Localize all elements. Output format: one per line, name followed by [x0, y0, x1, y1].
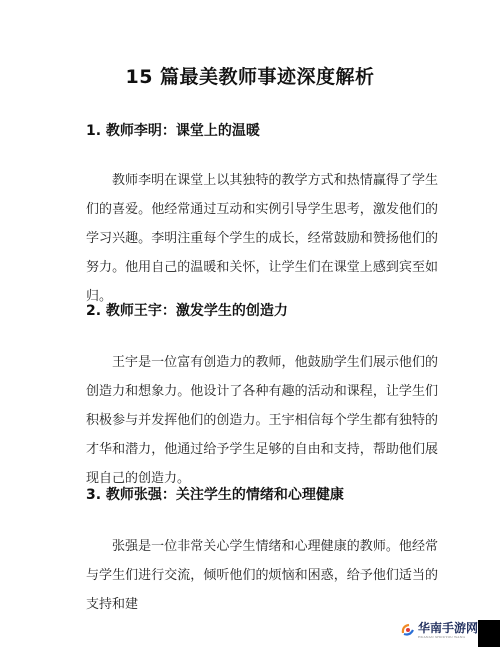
section-body-2: 王宇是一位富有创造力的教师，他鼓励学生们展示他们的创造力和想象力。他设计了各种有…	[86, 348, 438, 493]
watermark-subtext: HUANAN SHOUYOU WANG	[418, 636, 478, 639]
section-body-3: 张强是一位非常关心学生情绪和心理健康的教师。他经常与学生们进行交流，倾听他们的烦…	[86, 532, 438, 619]
section-heading-2: 2. 教师王宇：激发学生的创造力	[86, 300, 288, 320]
document-title: 15 篇最美教师事迹深度解析	[0, 62, 500, 89]
swirl-logo-icon	[400, 622, 416, 638]
section-heading-1: 1. 教师李明：课堂上的温暖	[86, 120, 260, 140]
watermark: 华南手游网 HUANAN SHOUYOU WANG	[400, 618, 478, 642]
section-body-1: 教师李明在课堂上以其独特的教学方式和热情赢得了学生们的喜爱。他经常通过互动和实例…	[86, 166, 438, 311]
corner-block	[478, 620, 500, 647]
section-heading-3: 3. 教师张强：关注学生的情绪和心理健康	[86, 484, 344, 504]
watermark-text: 华南手游网	[418, 622, 478, 634]
